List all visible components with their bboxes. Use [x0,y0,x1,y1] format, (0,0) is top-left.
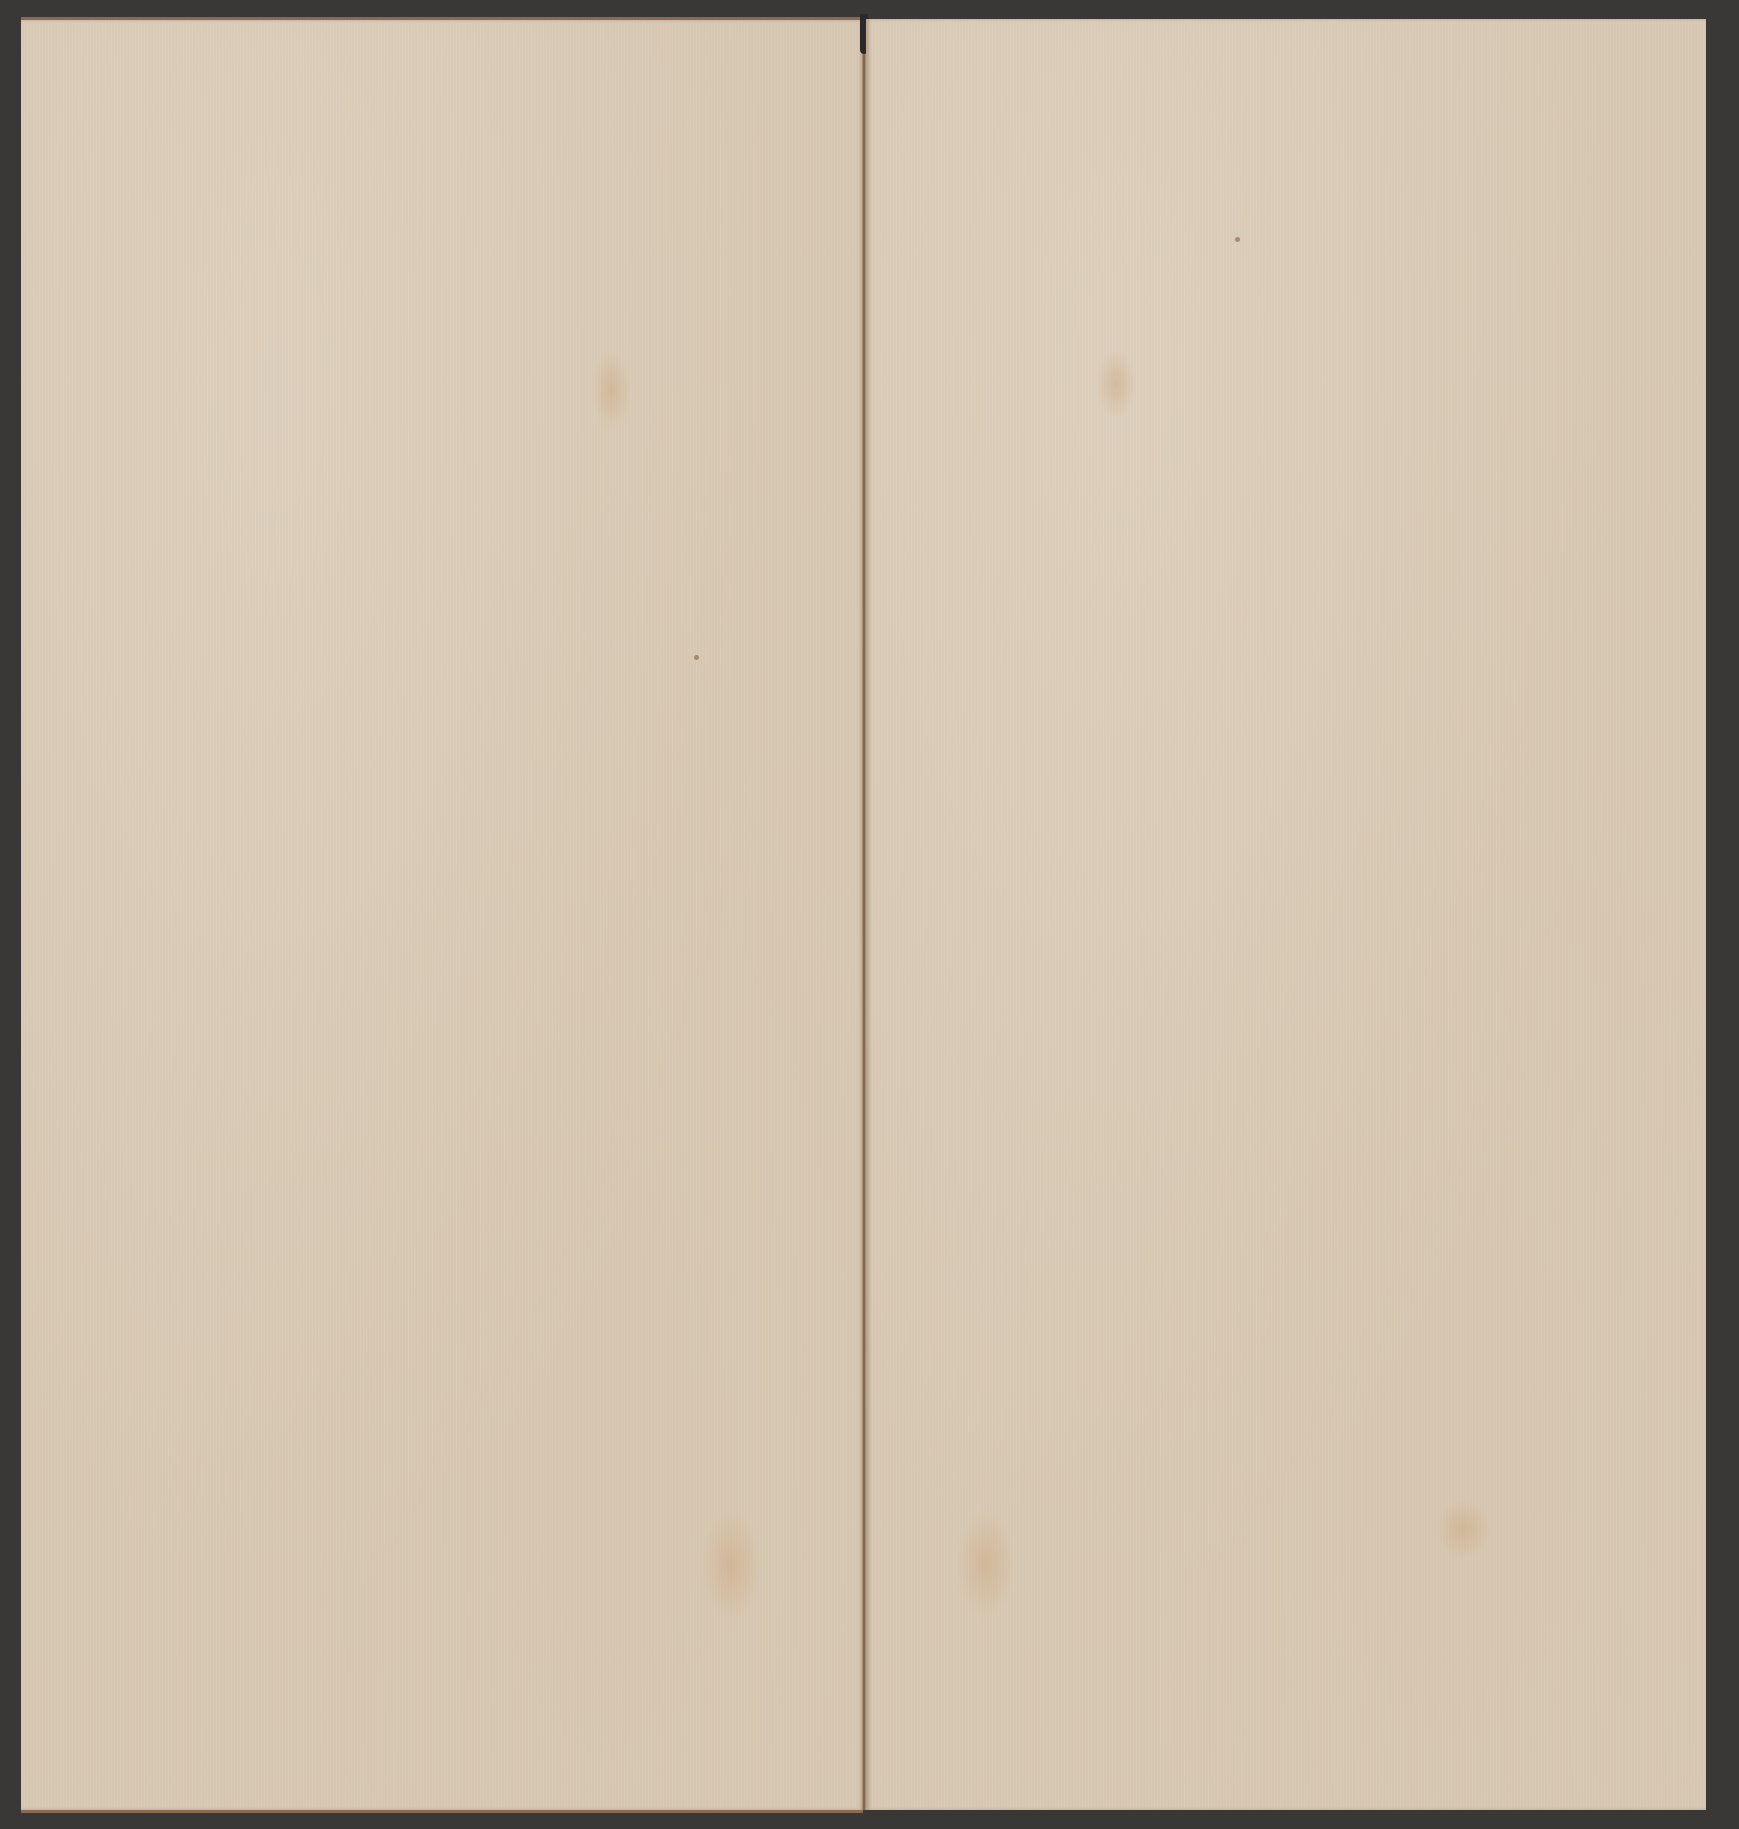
foxing-stain [591,350,631,430]
foxing-stain [1436,1499,1491,1559]
left-page [21,17,863,1813]
right-page [866,19,1706,1810]
ink-speck [1235,237,1240,242]
foxing-stain [701,1510,761,1620]
foxing-stain [956,1509,1016,1619]
foxing-stain [1096,349,1136,419]
ink-speck [694,655,699,660]
